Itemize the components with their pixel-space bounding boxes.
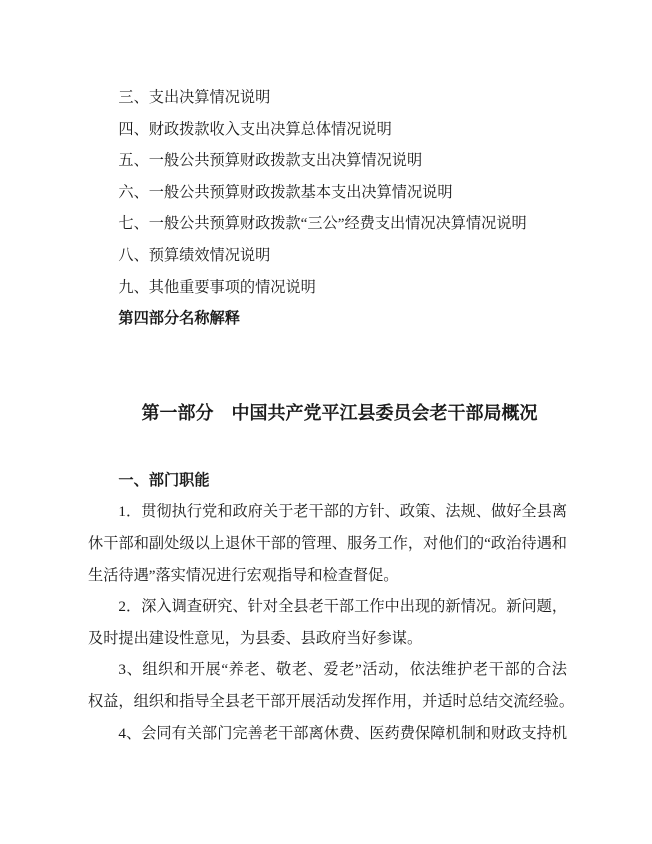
body-line: 休干部和副处级以上退休干部的管理、服务工作，对他们的“政治待遇和 — [88, 528, 567, 560]
part-heading: 第一部分 中国共产党平江县委员会老干部局概况 — [88, 393, 567, 433]
toc-item: 九、其他重要事项的情况说明 — [88, 272, 567, 304]
body-line: 4、会同有关部门完善老干部离休费、医药费保障机制和财政支持机 — [88, 718, 567, 750]
body-line: 生活待遇”落实情况进行宏观指导和检查督促。 — [88, 560, 567, 592]
toc-item: 八、预算绩效情况说明 — [88, 240, 567, 272]
section-title: 一、部门职能 — [88, 465, 567, 497]
toc-item: 六、一般公共预算财政拨款基本支出决算情况说明 — [88, 177, 567, 209]
body-line: 3、组织和开展“养老、敬老、爱老”活动，依法维护老干部的合法 — [88, 654, 567, 686]
toc-item: 四、财政拨款收入支出决算总体情况说明 — [88, 114, 567, 146]
body-line: 1．贯彻执行党和政府关于老干部的方针、政策、法规、做好全县离 — [88, 496, 567, 528]
document-content: 三、支出决算情况说明 四、财政拨款收入支出决算总体情况说明 五、一般公共预算财政… — [88, 82, 567, 749]
toc-item-bold: 第四部分名称解释 — [88, 303, 567, 335]
toc-item: 七、一般公共预算财政拨款“三公”经费支出情况决算情况说明 — [88, 208, 567, 240]
toc-item: 三、支出决算情况说明 — [88, 82, 567, 114]
document-page: 三、支出决算情况说明 四、财政拨款收入支出决算总体情况说明 五、一般公共预算财政… — [0, 0, 652, 844]
body-line: 及时提出建设性意见，为县委、县政府当好参谋。 — [88, 623, 567, 655]
toc-item: 五、一般公共预算财政拨款支出决算情况说明 — [88, 145, 567, 177]
body-line: 2．深入调查研究、针对全县老干部工作中出现的新情况。新问题， — [88, 591, 567, 623]
body-line: 权益，组织和指导全县老干部开展活动发挥作用，并适时总结交流经验。 — [88, 686, 567, 718]
